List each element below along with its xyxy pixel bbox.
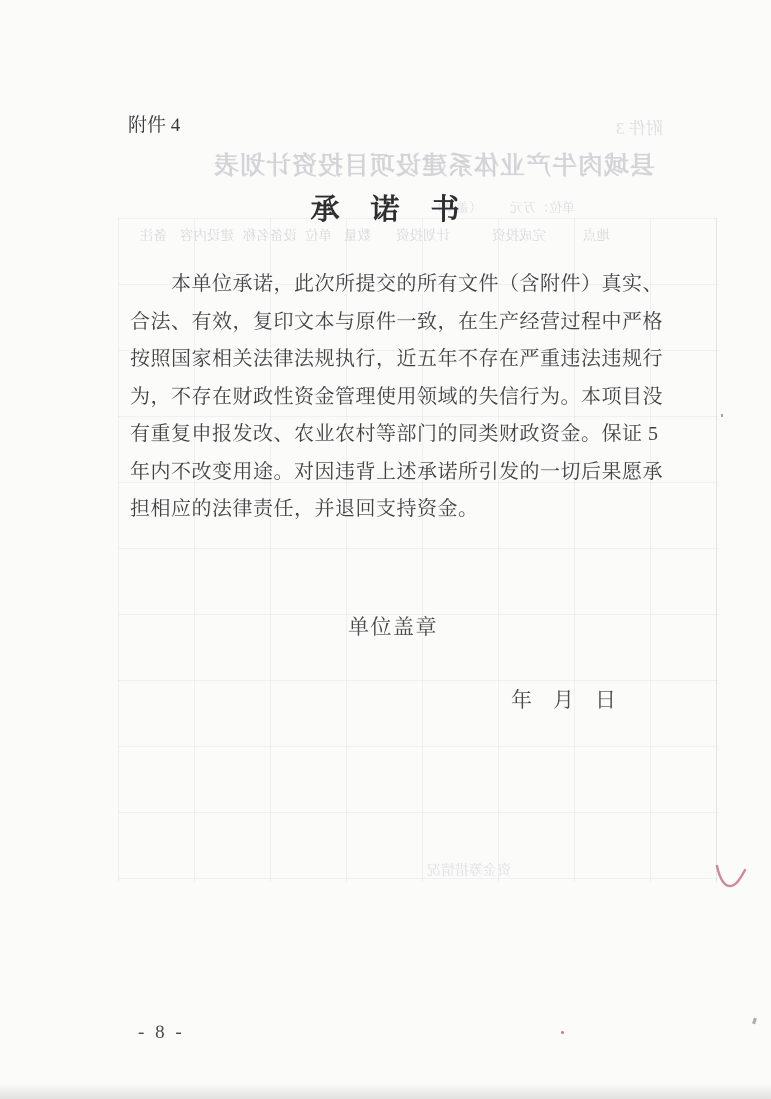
date-placeholder: 年 月 日 <box>511 684 616 714</box>
paragraph-line: 担相应的法律责任，并退回支持资金。 <box>130 491 663 529</box>
red-ink-speck <box>561 1031 564 1034</box>
attachment-label: 附件 4 <box>128 110 180 137</box>
bleed-through-table-border <box>716 218 717 882</box>
scan-speck <box>752 1018 757 1025</box>
paragraph-line: 有重复申报发改、农业农村等部门的同类财政资金。保证 5 <box>130 416 663 454</box>
commitment-paragraph: 本单位承诺，此次所提交的所有文件（含附件）真实、 合法、有效，复印文本与原件一致… <box>130 266 663 529</box>
red-pen-check-mark <box>712 860 752 896</box>
paragraph-line: 本单位承诺，此次所提交的所有文件（含附件）真实、 <box>130 266 663 304</box>
bleed-through-lower-fragment: 资金筹措情况 <box>427 860 511 880</box>
paragraph-line: 按照国家相关法律法规执行，近五年不存在严重违法违规行 <box>130 341 663 379</box>
paragraph-line: 为，不存在财政性资金管理使用领域的失信行为。本项目没 <box>130 379 663 417</box>
document-title: 承 诺 书 <box>0 187 771 228</box>
bleed-through-attachment-label: 附件 3 <box>616 114 663 139</box>
scanned-document-page: 附件 3 县域肉牛产业体系建设项目投资计划表 （盖章） 单位：万元 备注 建设内… <box>0 0 771 1099</box>
paragraph-line: 合法、有效，复印文本与原件一致，在生产经营过程中严格 <box>130 304 663 342</box>
bleed-through-table-title: 县域肉牛产业体系建设项目投资计划表 <box>215 146 655 182</box>
scan-speck <box>721 414 723 417</box>
paragraph-line: 年内不改变用途。对因违背上述承诺所引发的一切后果愿承 <box>130 454 663 492</box>
unit-seal-label: 单位盖章 <box>348 611 438 641</box>
scan-edge-shadow <box>0 1083 771 1099</box>
page-number: - 8 - <box>138 1022 185 1044</box>
